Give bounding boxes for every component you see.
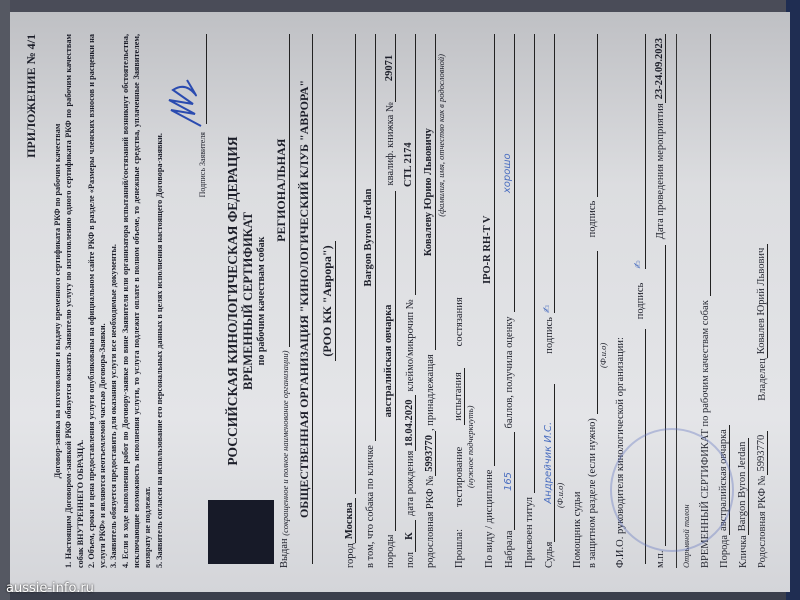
owner-label: , принадлежащая bbox=[425, 354, 436, 431]
score-label: Набрала bbox=[504, 531, 515, 569]
pedigree-label: родословная РКФ № bbox=[425, 476, 436, 568]
title-label: Присвоен титул bbox=[524, 497, 535, 568]
score-suffix: баллов, получила оценку bbox=[504, 316, 515, 428]
breed-row: породы австралийская овчарка квалиф. кни… bbox=[383, 34, 396, 568]
handwritten-signature-icon bbox=[165, 74, 205, 130]
redacted-block bbox=[208, 500, 274, 564]
title-value bbox=[522, 34, 535, 493]
contract-text: Договор-заявка на изготовление и выдачу … bbox=[52, 34, 165, 568]
sex-dob-row: пол К дата рождения 18.04.2020 клеймо/ми… bbox=[403, 34, 416, 568]
certificate-page: ПРИЛОЖЕНИЕ № 4/1 Договор-заявка на изгот… bbox=[10, 12, 790, 592]
breed-label: породы bbox=[385, 535, 396, 568]
dob-label: дата рождения bbox=[405, 451, 416, 516]
org-name-row: ОБЩЕСТВЕННАЯ ОРГАНИЗАЦИЯ "КИНОЛОГИЧЕСКИЙ… bbox=[297, 34, 313, 568]
stamp-label: м.п. bbox=[655, 550, 666, 568]
owner-value: Ковалеву Юрию Львовичу bbox=[423, 34, 436, 350]
watermark: aussie-info.ru bbox=[6, 581, 94, 596]
contract-title: Договор-заявка на изготовление и выдачу … bbox=[52, 34, 63, 568]
discipline-label: По виду / дисциплине bbox=[484, 470, 495, 568]
test-hint: (нужное подчеркнуть) bbox=[465, 34, 475, 488]
stub-owner-label: Владелец bbox=[757, 358, 768, 400]
annex-title: ПРИЛОЖЕНИЕ № 4/1 bbox=[24, 34, 39, 158]
judge-value: Андрейчик И.С. bbox=[543, 384, 555, 542]
chip-value: CTL 2174 bbox=[403, 34, 416, 295]
stub-pedigree-label: Родословная РКФ № bbox=[757, 475, 768, 568]
applicant-signature-label: Подпись Заявителя bbox=[198, 132, 207, 197]
city-label: город bbox=[345, 543, 356, 568]
event-date-value: 23-24.09.2023 bbox=[654, 34, 666, 103]
contract-item: 2. Объем, сроки и цена предоставления ус… bbox=[86, 34, 109, 568]
stub-pedigree-owner-row: Родословная РКФ № 5993770 Владелец Ковал… bbox=[756, 34, 768, 568]
assistant-signature-label: подпись bbox=[587, 201, 598, 238]
passed-row: Прошла: тестирование испытания состязани… bbox=[453, 34, 465, 568]
option-competitions: состязания bbox=[454, 297, 465, 346]
certificate-title: ВРЕМЕННЫЙ СЕРТИФИКАТ bbox=[241, 34, 256, 568]
issued-by-label: Выдан bbox=[279, 538, 290, 568]
stub-owner-value: Ковалев Юрий Львович bbox=[756, 244, 768, 359]
blank-line bbox=[585, 251, 598, 414]
score-value: 165 bbox=[503, 433, 515, 531]
judge-fio-hint: (Ф.и.о) bbox=[555, 34, 565, 508]
chip-label: клеймо/микрочип № bbox=[405, 299, 416, 391]
assistant-sub-row: в защитном разделе (если нужно) подпись bbox=[585, 34, 598, 568]
dog-name-row: в том, что собака по кличке Bargon Byron… bbox=[363, 34, 376, 568]
owner-hint: (фамилия, имя, отчество как в родословно… bbox=[436, 54, 446, 568]
org-short-name: (РОО КК "Аврора") bbox=[320, 241, 336, 360]
signature-line bbox=[206, 34, 207, 124]
background-edge-left bbox=[0, 0, 10, 600]
event-date-label: Дата проведения мероприятия bbox=[655, 103, 666, 239]
option-testing: тестирование bbox=[454, 447, 465, 507]
head-signature-label: подпись bbox=[635, 283, 646, 320]
sex-label: пол bbox=[405, 552, 416, 568]
option-trials-selected: испытания bbox=[453, 368, 465, 424]
blank-line bbox=[343, 34, 356, 495]
assistant-fio-hint: (Ф.и.о) bbox=[598, 34, 608, 368]
breed-value: австралийская овчарка bbox=[383, 191, 396, 530]
round-stamp bbox=[610, 428, 734, 552]
head-signature: ✍ bbox=[633, 34, 646, 269]
certificate-subtitle: по рабочим качествам собак bbox=[256, 34, 267, 568]
blank-line bbox=[585, 34, 598, 197]
org-name-line1: РЕГИОНАЛЬНАЯ bbox=[274, 34, 290, 347]
stub-breed-label: Порода bbox=[719, 535, 730, 568]
city-row: город Москва bbox=[343, 34, 356, 568]
certificate-header: РОССИЙСКАЯ КИНОЛОГИЧЕСКАЯ ФЕДЕРАЦИЯ ВРЕМ… bbox=[225, 34, 267, 568]
contract-item: 4. Если в ходе выполнения работ по Догов… bbox=[120, 34, 154, 568]
discipline-row: По виду / дисциплине IPO-R RH-T V bbox=[482, 34, 495, 568]
contract-item: 3. Заявитель обязуется предоставить для … bbox=[108, 34, 119, 568]
federation-title: РОССИЙСКАЯ КИНОЛОГИЧЕСКАЯ ФЕДЕРАЦИЯ bbox=[225, 34, 241, 568]
pedigree-value: 5993770 bbox=[424, 431, 436, 476]
qual-book-label: квалиф. книжка № bbox=[385, 102, 396, 185]
background-edge-top bbox=[0, 0, 800, 12]
assistant-sub-label: в защитном разделе (если нужно) bbox=[587, 418, 598, 568]
passed-label: Прошла: bbox=[454, 529, 465, 568]
stub-name-row: Кличка Bargon Byron Jerdan bbox=[737, 34, 749, 568]
issued-by-hint: (сокращенное и полное наименование орган… bbox=[280, 351, 290, 536]
dog-name-value: Bargon Byron Jerdan bbox=[363, 34, 376, 441]
dog-name-label: в том, что собака по кличке bbox=[365, 445, 376, 568]
grade-value: хорошо bbox=[502, 34, 515, 312]
city-value: Москва bbox=[344, 499, 356, 544]
dob-value: 18.04.2020 bbox=[404, 395, 416, 450]
stub-pedigree-value: 5993770 bbox=[756, 431, 768, 476]
org-short-row: (РОО КК "Аврора") bbox=[320, 34, 336, 568]
applicant-signature: Подпись Заявителя bbox=[171, 34, 207, 568]
pedigree-owner-row: родословная РКФ № 5993770 , принадлежаща… bbox=[423, 34, 436, 568]
sex-value: К bbox=[404, 520, 416, 552]
judge-signature-label: подпись bbox=[544, 317, 555, 354]
stub-name-label: Кличка bbox=[738, 535, 749, 568]
blank-line bbox=[698, 34, 711, 296]
judge-signature: ✍ bbox=[542, 34, 555, 313]
assistant-row: Помощник судьи bbox=[572, 34, 583, 568]
stub-name-value: Bargon Byron Jerdan bbox=[737, 438, 749, 536]
assistant-label: Помощник судьи bbox=[572, 492, 583, 568]
score-row: Набрала 165 баллов, получила оценку хоро… bbox=[502, 34, 515, 568]
issued-by-row: Выдан (сокращенное и полное наименование… bbox=[274, 34, 290, 568]
qual-book-value: 29071 bbox=[384, 34, 396, 102]
discipline-value: IPO-R RH-T V bbox=[482, 34, 495, 466]
judge-label: Судья bbox=[544, 542, 555, 568]
org-name-line2: ОБЩЕСТВЕННАЯ ОРГАНИЗАЦИЯ "КИНОЛОГИЧЕСКИЙ… bbox=[297, 34, 313, 564]
title-row: Присвоен титул bbox=[522, 34, 535, 568]
contract-item: 5. Заявитель согласен на использование е… bbox=[154, 34, 165, 568]
judge-row: Судья Андрейчик И.С. подпись ✍ bbox=[542, 34, 555, 568]
contract-item: 1. Настоящим Договором-заявкой РКФ обязу… bbox=[63, 34, 86, 568]
